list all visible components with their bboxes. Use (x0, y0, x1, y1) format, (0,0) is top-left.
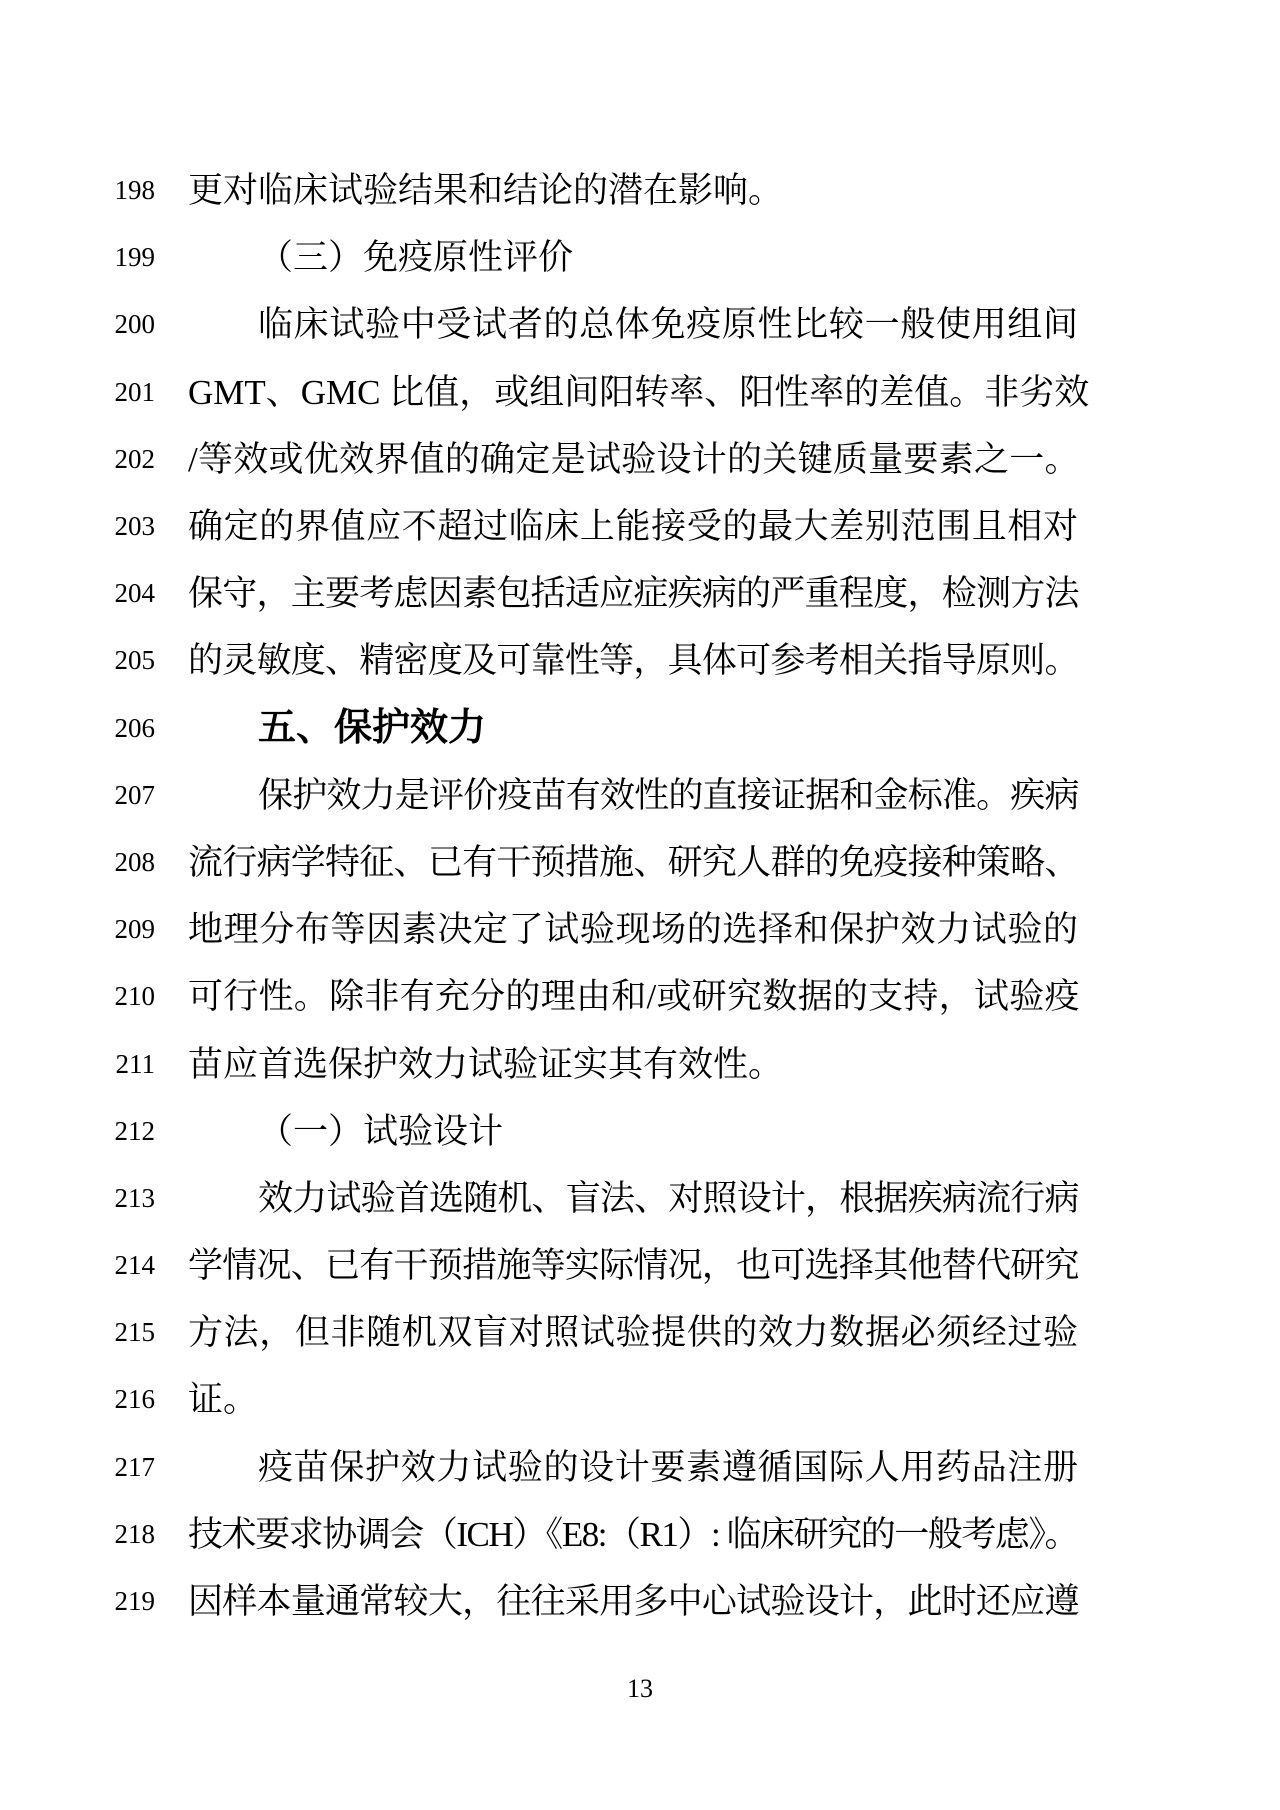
document-line: 208 流行病学特征、已有干预措施、研究人群的免疫接种策略、 (0, 829, 1280, 896)
section-heading: 五、保护效力 (188, 709, 1078, 747)
line-number: 206 (0, 715, 155, 742)
line-number: 213 (0, 1185, 155, 1212)
line-number: 201 (0, 379, 155, 406)
subsection-heading: （三）免疫原性评价 (188, 240, 1078, 275)
document-line: 216 证。 (0, 1366, 1280, 1433)
document-line: 214 学情况、已有干预措施等实际情况，也可选择其他替代研究 (0, 1232, 1280, 1299)
page-number: 13 (0, 1676, 1280, 1702)
line-text: GMT、GMC 比值，或组间阳转率、阳性率的差值。非劣效 (188, 375, 1078, 410)
line-number: 216 (0, 1386, 155, 1413)
subsection-heading: （一）试验设计 (188, 1114, 1078, 1149)
line-text: 的灵敏度、精密度及可靠性等，具体可参考相关指导原则。 (188, 643, 1078, 678)
document-line: 211 苗应首选保护效力试验证实其有效性。 (0, 1030, 1280, 1097)
line-text: 技术要求协调会（ICH）《E8:（R1）: 临床研究的一般考虑》。 (188, 1517, 1078, 1552)
line-text: 保护效力是评价疫苗有效性的直接证据和金标准。疾病 (188, 778, 1078, 813)
line-text: 因样本量通常较大，往往采用多中心试验设计，此时还应遵 (188, 1584, 1078, 1619)
line-number: 204 (0, 580, 155, 607)
line-text: 学情况、已有干预措施等实际情况，也可选择其他替代研究 (188, 1248, 1078, 1283)
document-line: 215 方法，但非随机双盲对照试验提供的效力数据必须经过验 (0, 1299, 1280, 1366)
line-text: 保守，主要考虑因素包括适应症疾病的严重程度，检测方法 (188, 576, 1078, 611)
line-text: 可行性。除非有充分的理由和/或研究数据的支持，试验疫 (188, 979, 1078, 1014)
line-number: 203 (0, 513, 155, 540)
line-number: 212 (0, 1118, 155, 1145)
document-line: 213 效力试验首选随机、盲法、对照设计，根据疾病流行病 (0, 1165, 1280, 1232)
document-line: 218 技术要求协调会（ICH）《E8:（R1）: 临床研究的一般考虑》。 (0, 1501, 1280, 1568)
line-number: 205 (0, 647, 155, 674)
document-line: 202 /等效或优效界值的确定是试验设计的关键质量要素之一。 (0, 426, 1280, 493)
document-line: 210 可行性。除非有充分的理由和/或研究数据的支持，试验疫 (0, 963, 1280, 1030)
line-number: 219 (0, 1588, 155, 1615)
document-line: 203 确定的界值应不超过临床上能接受的最大差别范围且相对 (0, 493, 1280, 560)
document-line: 204 保守，主要考虑因素包括适应症疾病的严重程度，检测方法 (0, 560, 1280, 627)
document-line: 198 更对临床试验结果和结论的潜在影响。 (0, 157, 1280, 224)
line-number: 208 (0, 849, 155, 876)
line-text: 证。 (188, 1382, 1078, 1417)
line-number: 199 (0, 244, 155, 271)
document-line: 206 五、保护效力 (0, 695, 1280, 762)
line-number: 207 (0, 782, 155, 809)
line-number: 202 (0, 446, 155, 473)
line-text: 更对临床试验结果和结论的潜在影响。 (188, 173, 1078, 208)
line-number: 210 (0, 983, 155, 1010)
line-text: 苗应首选保护效力试验证实其有效性。 (188, 1047, 1078, 1082)
line-number: 214 (0, 1252, 155, 1279)
line-text: 确定的界值应不超过临床上能接受的最大差别范围且相对 (188, 509, 1078, 544)
line-text: /等效或优效界值的确定是试验设计的关键质量要素之一。 (188, 442, 1078, 477)
line-number: 217 (0, 1454, 155, 1481)
document-line: 199 （三）免疫原性评价 (0, 224, 1280, 291)
line-text: 临床试验中受试者的总体免疫原性比较一般使用组间 (188, 307, 1078, 342)
document-page: 198 更对临床试验结果和结论的潜在影响。 199 （三）免疫原性评价 200 … (0, 0, 1280, 1810)
line-number: 218 (0, 1521, 155, 1548)
line-number: 211 (0, 1051, 155, 1078)
document-line: 212 （一）试验设计 (0, 1098, 1280, 1165)
line-number: 215 (0, 1319, 155, 1346)
document-line: 207 保护效力是评价疫苗有效性的直接证据和金标准。疾病 (0, 762, 1280, 829)
line-number: 200 (0, 311, 155, 338)
line-text: 疫苗保护效力试验的设计要素遵循国际人用药品注册 (188, 1450, 1078, 1485)
document-line: 219 因样本量通常较大，往往采用多中心试验设计，此时还应遵 (0, 1568, 1280, 1635)
document-line: 205 的灵敏度、精密度及可靠性等，具体可参考相关指导原则。 (0, 627, 1280, 694)
document-body: 198 更对临床试验结果和结论的潜在影响。 199 （三）免疫原性评价 200 … (0, 157, 1280, 1635)
document-line: 201 GMT、GMC 比值，或组间阳转率、阳性率的差值。非劣效 (0, 359, 1280, 426)
document-line: 209 地理分布等因素决定了试验现场的选择和保护效力试验的 (0, 896, 1280, 963)
document-line: 200 临床试验中受试者的总体免疫原性比较一般使用组间 (0, 291, 1280, 358)
line-number: 198 (0, 177, 155, 204)
line-text: 效力试验首选随机、盲法、对照设计，根据疾病流行病 (188, 1181, 1078, 1216)
line-number: 209 (0, 916, 155, 943)
document-line: 217 疫苗保护效力试验的设计要素遵循国际人用药品注册 (0, 1434, 1280, 1501)
line-text: 流行病学特征、已有干预措施、研究人群的免疫接种策略、 (188, 845, 1078, 880)
line-text: 地理分布等因素决定了试验现场的选择和保护效力试验的 (188, 912, 1078, 947)
line-text: 方法，但非随机双盲对照试验提供的效力数据必须经过验 (188, 1315, 1078, 1350)
